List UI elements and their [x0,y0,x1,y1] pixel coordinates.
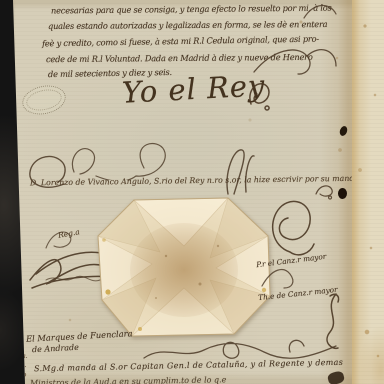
next-page-edge [351,0,384,384]
tall-stroke-flourish-icon [220,144,256,196]
ink-blob [339,125,349,137]
body-line-1: necesarias para que se consiga, y tenga … [51,3,332,16]
body-line-2: quales estando autorizadas y legalizadas… [48,19,327,31]
marquis-line: El Marques de Fuenclara [26,328,133,344]
cutoff-line: Ministros de la Aud.a en su cumplim.to d… [30,375,226,384]
royal-order-line: S.Mg.d manda al S.or Capitan Gen.l de Ca… [34,358,343,373]
archive-stamp-icon [20,82,69,119]
rubric-flourish [262,194,318,258]
paper-seal-patch [96,196,276,340]
manuscript-photo: necesarias para que se consiga, y tenga … [0,0,384,384]
pen-flourish-icon [252,42,340,82]
pen-flourish-icon [300,0,340,20]
marquis-line-2: de Andrade [32,343,79,354]
manuscript-page: necesarias para que se consiga, y tenga … [0,0,352,384]
paraph-flourish-icon [66,138,196,180]
ink-blob [338,188,347,199]
small-flourish-icon [258,264,302,290]
royal-rubric-icon [243,78,277,112]
ink-blob [327,370,346,384]
